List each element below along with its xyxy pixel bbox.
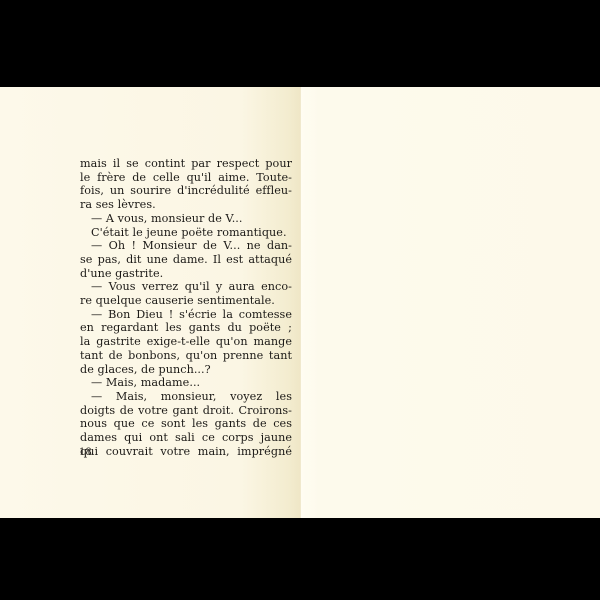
page-number: 18	[79, 447, 92, 458]
text-line: — Mais, madame...	[80, 376, 292, 390]
text-line: tant de bonbons, qu'on prenne tant	[80, 349, 292, 363]
photo-frame: mais il se contint par respect pour le f…	[0, 0, 600, 600]
text-line: C'était le jeune poëte romantique.	[80, 226, 292, 240]
text-line: fois, un sourire d'incrédulité effleu-	[80, 184, 292, 198]
text-line: — Mais, monsieur, voyez les	[80, 390, 292, 404]
text-line: dames qui ont sali ce corps jaune	[80, 431, 292, 445]
text-line: se pas, dit une dame. Il est attaqué	[80, 253, 292, 267]
left-page-text: mais il se contint par respect pour le f…	[80, 157, 292, 458]
text-line: — A vous, monsieur de V...	[80, 212, 292, 226]
text-line: de glaces, de punch...?	[80, 363, 292, 377]
text-line: doigts de votre gant droit. Croirons-	[80, 404, 292, 418]
text-line: la gastrite exige-t-elle qu'on mange	[80, 335, 292, 349]
text-line: — Vous verrez qu'il y aura enco-	[80, 280, 292, 294]
right-page: cette peau d'une liqueur jaune, et laiss…	[301, 87, 600, 518]
text-line: — Bon Dieu ! s'écrie la comtesse	[80, 308, 292, 322]
left-page: mais il se contint par respect pour le f…	[0, 87, 301, 518]
text-line: le frère de celle qu'il aime. Toute-	[80, 171, 292, 185]
open-book-spread: mais il se contint par respect pour le f…	[0, 87, 600, 518]
text-line: ra ses lèvres.	[80, 198, 292, 212]
text-line: mais il se contint par respect pour	[80, 157, 292, 171]
text-line: — Oh ! Monsieur de V... ne dan-	[80, 239, 292, 253]
text-line: en regardant les gants du poëte ;	[80, 321, 292, 335]
text-line: d'une gastrite.	[80, 267, 292, 281]
text-line: nous que ce sont les gants de ces	[80, 417, 292, 431]
text-line: re quelque causerie sentimentale.	[80, 294, 292, 308]
text-line: qui couvrait votre main, imprégné	[80, 445, 292, 459]
